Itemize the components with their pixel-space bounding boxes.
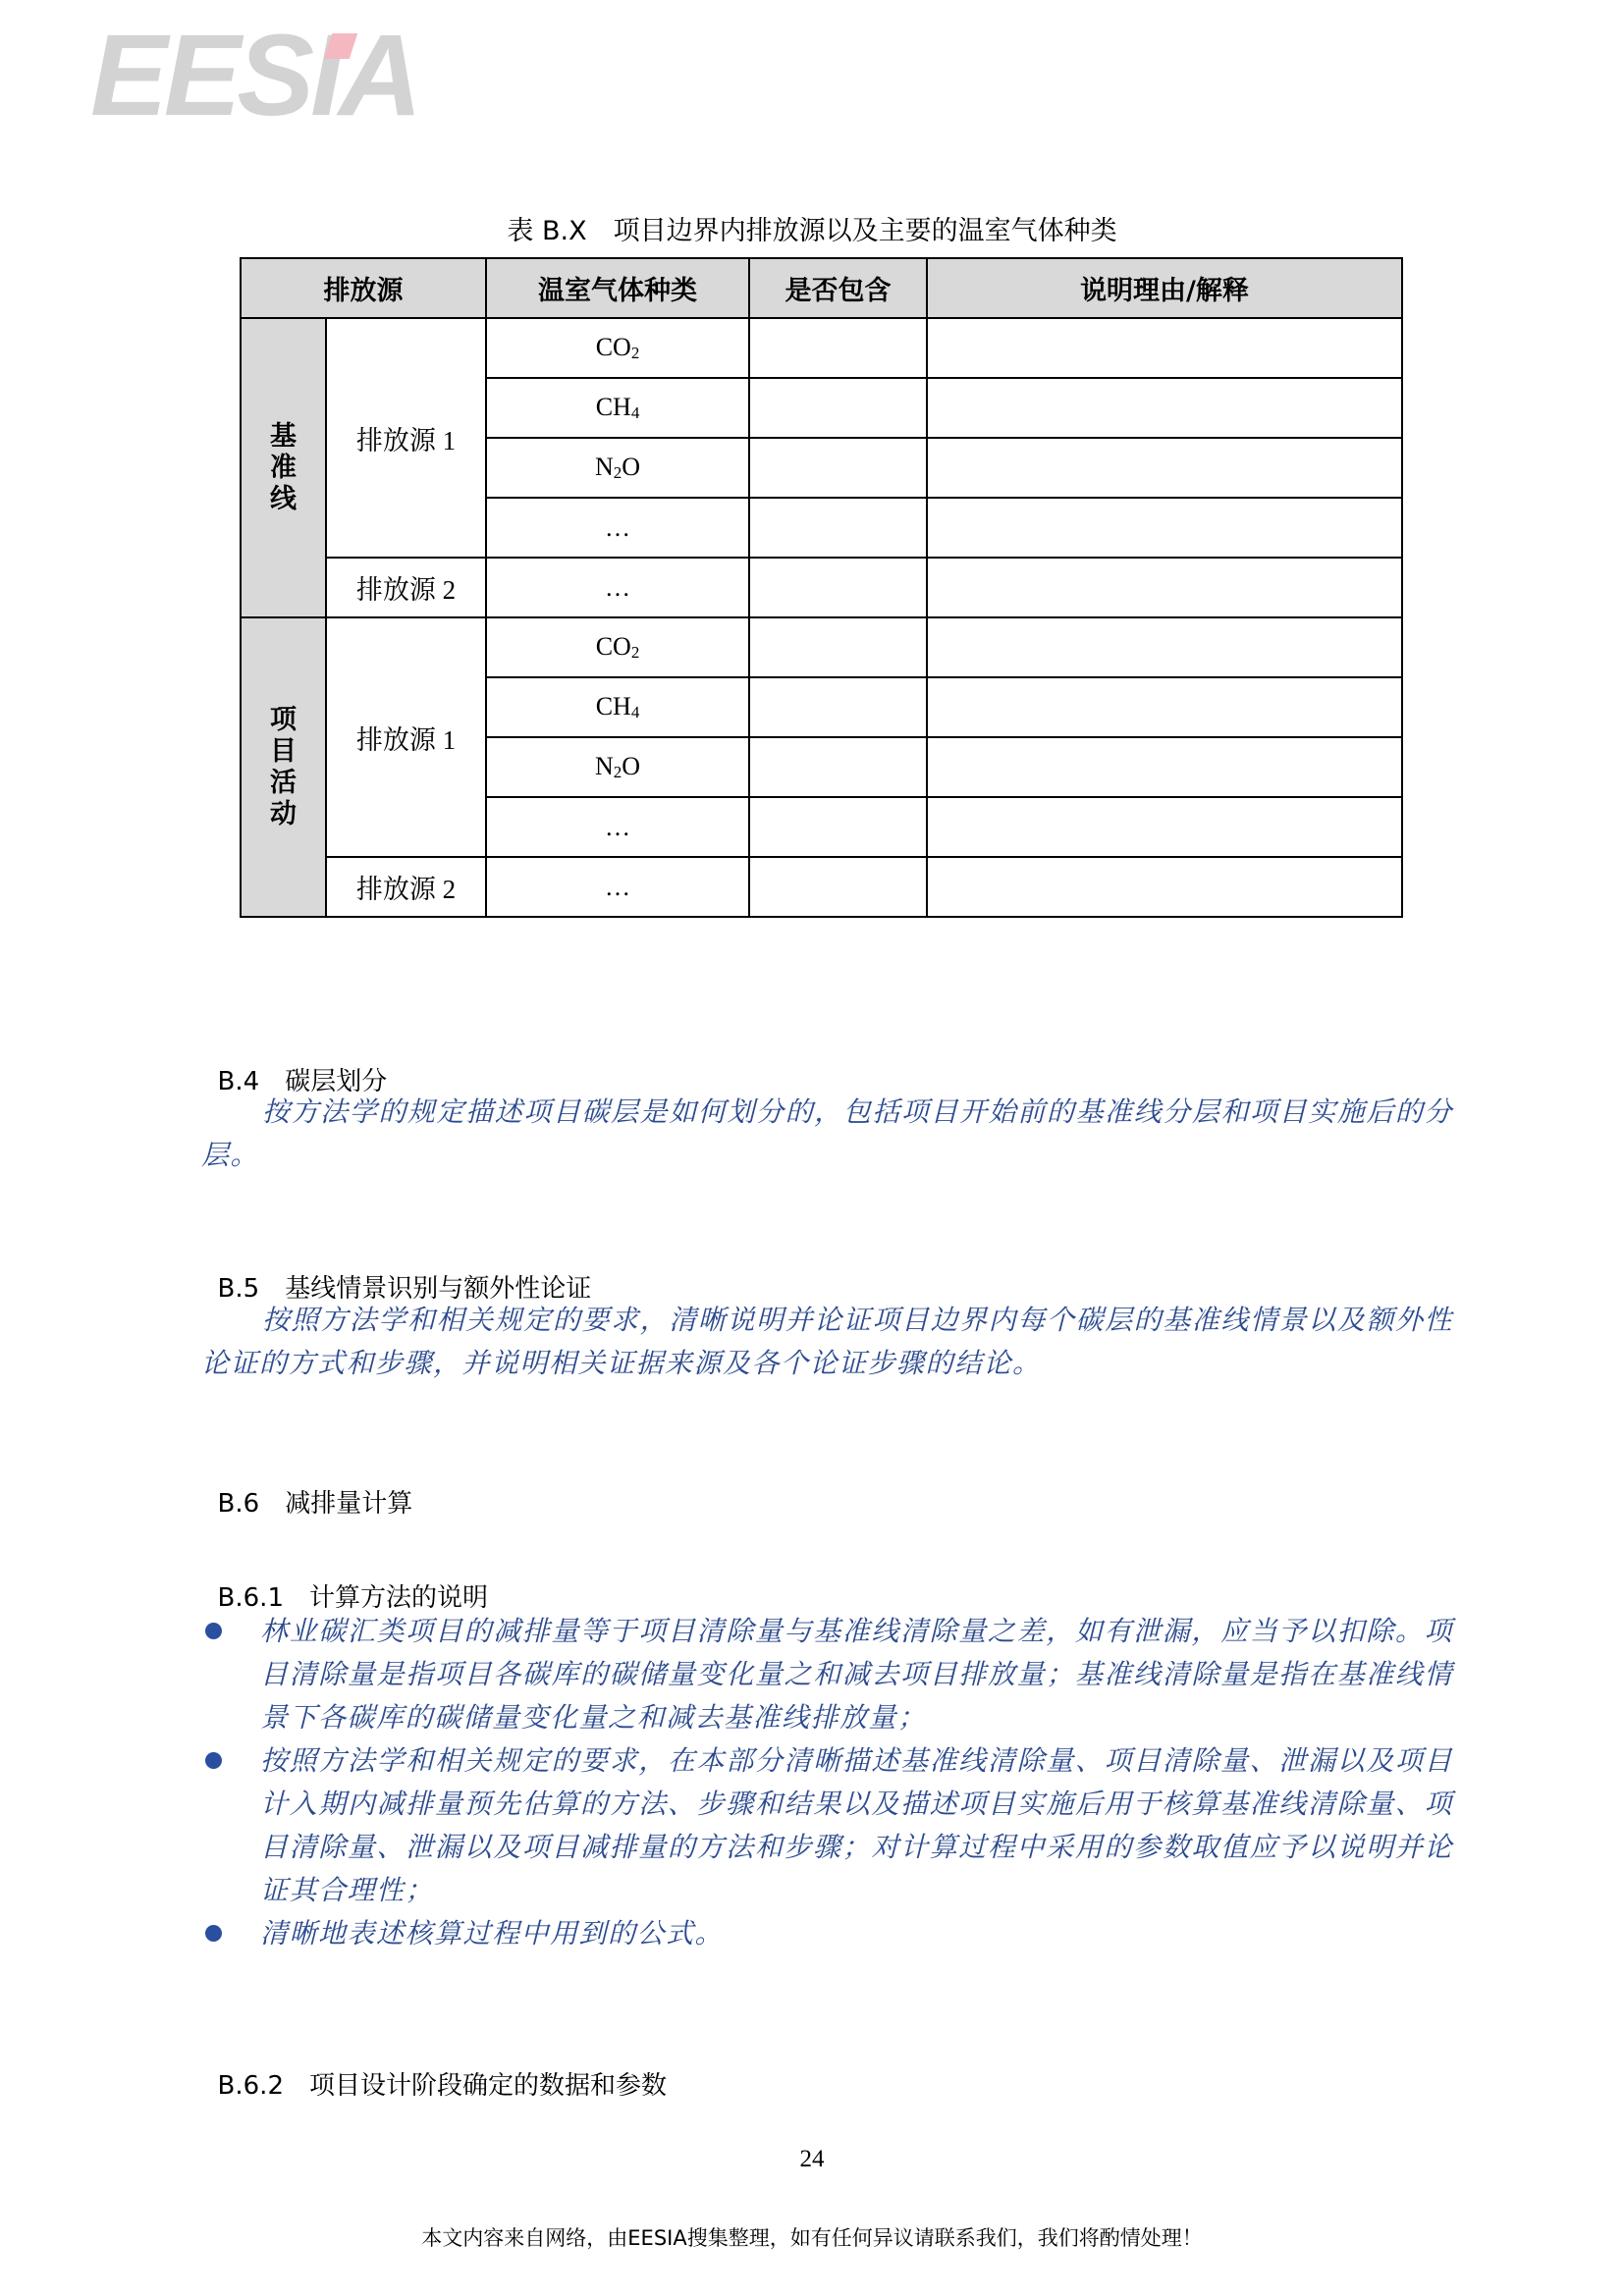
gas-ellipsis: … <box>486 857 749 917</box>
group-label-baseline: 基准线 <box>241 318 326 617</box>
included-cell[interactable] <box>749 318 927 378</box>
group-label-project-activity: 项目活动 <box>241 617 326 917</box>
section-b5-text: 按照方法学和相关规定的要求，清晰说明并论证项目边界内每个碳层的基准线情景以及额外… <box>201 1299 1453 1385</box>
justification-cell[interactable] <box>927 378 1402 438</box>
source-name: 排放源 2 <box>326 558 486 617</box>
gas-ch4: CH4 <box>486 378 749 438</box>
included-cell[interactable] <box>749 617 927 677</box>
eesia-logo: EESIA <box>90 29 418 123</box>
included-cell[interactable] <box>749 498 927 558</box>
gas-ellipsis: … <box>486 498 749 558</box>
footer-disclaimer: 本文内容来自网络，由EESIA搜集整理，如有任何异议请联系我们，我们将酌情处理！ <box>0 2222 1624 2252</box>
page-number: 24 <box>0 2146 1624 2173</box>
included-cell[interactable] <box>749 737 927 797</box>
source-name: 排放源 2 <box>326 857 486 917</box>
source-name: 排放源 1 <box>326 318 486 558</box>
justification-cell[interactable] <box>927 318 1402 378</box>
section-heading-b6: B.6减排量计算 <box>201 1454 412 1520</box>
included-cell[interactable] <box>749 797 927 857</box>
table-row: 基准线 排放源 1 CO2 <box>241 318 1402 378</box>
table-row: 排放源 2 … <box>241 857 1402 917</box>
included-cell[interactable] <box>749 438 927 498</box>
gas-ellipsis: … <box>486 797 749 857</box>
header-justification: 说明理由/解释 <box>927 258 1402 318</box>
source-name: 排放源 1 <box>326 617 486 857</box>
justification-cell[interactable] <box>927 498 1402 558</box>
section-title: 计算方法的说明 <box>309 1583 488 1613</box>
list-item: 林业碳汇类项目的减排量等于项目清除量与基准线清除量之差，如有泄漏，应当予以扣除。… <box>201 1610 1453 1739</box>
header-ghg-type: 温室气体种类 <box>486 258 749 318</box>
section-number: B.6 <box>218 1489 260 1519</box>
section-heading-b5: B.5基线情景识别与额外性论证 <box>201 1239 591 1305</box>
section-heading-b4: B.4碳层划分 <box>201 1032 387 1097</box>
list-item: 按照方法学和相关规定的要求，在本部分清晰描述基准线清除量、项目清除量、泄漏以及项… <box>201 1739 1453 1912</box>
section-number: B.6.1 <box>218 1583 284 1613</box>
logo-letter-i: I <box>310 29 339 123</box>
section-number: B.6.2 <box>218 2071 284 2101</box>
table-row: 排放源 2 … <box>241 558 1402 617</box>
justification-cell[interactable] <box>927 737 1402 797</box>
justification-cell[interactable] <box>927 857 1402 917</box>
list-item: 清晰地表述核算过程中用到的公式。 <box>201 1912 1453 1955</box>
section-heading-b61: B.6.1计算方法的说明 <box>201 1548 488 1614</box>
included-cell[interactable] <box>749 677 927 737</box>
gas-co2: CO2 <box>486 617 749 677</box>
table-caption: 表 B.X 项目边界内排放源以及主要的温室气体种类 <box>0 209 1624 247</box>
section-title: 减排量计算 <box>285 1489 412 1519</box>
included-cell[interactable] <box>749 378 927 438</box>
emission-sources-table: 排放源 温室气体种类 是否包含 说明理由/解释 基准线 排放源 1 CO2 CH… <box>240 257 1403 918</box>
section-title: 项目设计阶段确定的数据和参数 <box>309 2071 667 2101</box>
justification-cell[interactable] <box>927 558 1402 617</box>
gas-ch4: CH4 <box>486 677 749 737</box>
table-row: 项目活动 排放源 1 CO2 <box>241 617 1402 677</box>
bullet-icon <box>205 1925 222 1942</box>
section-b4-text: 按方法学的规定描述项目碳层是如何划分的，包括项目开始前的基准线分层和项目实施后的… <box>201 1091 1453 1177</box>
justification-cell[interactable] <box>927 617 1402 677</box>
logo-text-ees: EES <box>90 29 310 123</box>
calculation-method-list: 林业碳汇类项目的减排量等于项目清除量与基准线清除量之差，如有泄漏，应当予以扣除。… <box>201 1610 1453 1955</box>
header-included: 是否包含 <box>749 258 927 318</box>
justification-cell[interactable] <box>927 438 1402 498</box>
table-header-row: 排放源 温室气体种类 是否包含 说明理由/解释 <box>241 258 1402 318</box>
bullet-icon <box>205 1623 222 1639</box>
justification-cell[interactable] <box>927 677 1402 737</box>
gas-n2o: N2O <box>486 438 749 498</box>
gas-ellipsis: … <box>486 558 749 617</box>
gas-n2o: N2O <box>486 737 749 797</box>
section-heading-b62: B.6.2项目设计阶段确定的数据和参数 <box>201 2036 667 2102</box>
bullet-icon <box>205 1752 222 1769</box>
included-cell[interactable] <box>749 558 927 617</box>
included-cell[interactable] <box>749 857 927 917</box>
justification-cell[interactable] <box>927 797 1402 857</box>
header-emission-source: 排放源 <box>241 258 486 318</box>
gas-co2: CO2 <box>486 318 749 378</box>
